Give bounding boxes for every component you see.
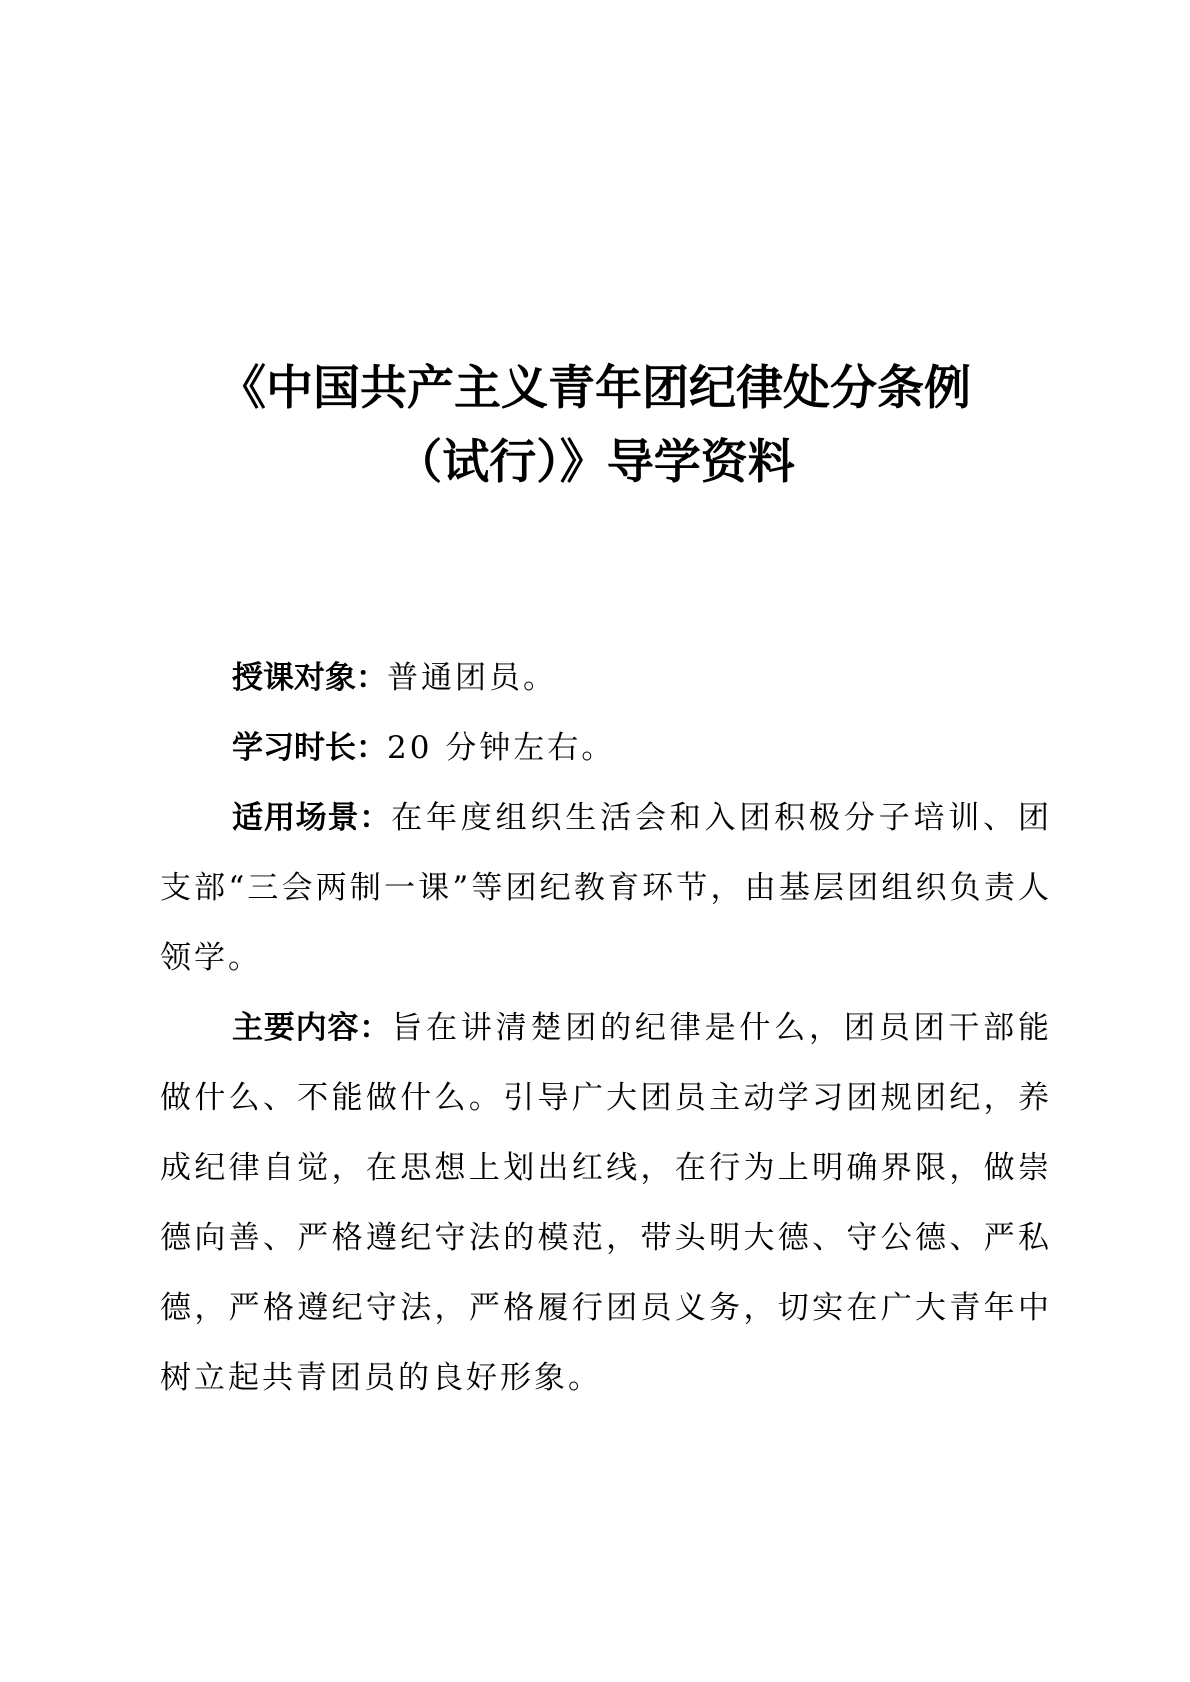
- title-line-2: （试行）》导学资料: [0, 426, 1190, 500]
- section-text: 20 分钟左右。: [387, 730, 615, 766]
- section-label: 适用场景：: [232, 800, 391, 836]
- section-scenario: 适用场景：在年度组织生活会和入团积极分子培训、团支部“三会两制一课”等团纪教育环…: [160, 783, 1052, 993]
- section-duration: 学习时长：20 分钟左右。: [160, 713, 1052, 783]
- title-line-1: 《中国共产主义青年团纪律处分条例: [0, 352, 1190, 426]
- section-label: 主要内容：: [232, 1010, 391, 1046]
- section-audience: 授课对象：普通团员。: [160, 643, 1052, 713]
- document-body: 授课对象：普通团员。 学习时长：20 分钟左右。 适用场景：在年度组织生活会和入…: [160, 643, 1052, 1413]
- section-text: 普通团员。: [387, 660, 557, 696]
- document-title: 《中国共产主义青年团纪律处分条例 （试行）》导学资料: [0, 352, 1190, 500]
- section-content: 主要内容：旨在讲清楚团的纪律是什么，团员团干部能做什么、不能做什么。引导广大团员…: [160, 993, 1052, 1413]
- section-label: 学习时长：: [232, 730, 387, 766]
- section-label: 授课对象：: [232, 660, 387, 696]
- section-text: 旨在讲清楚团的纪律是什么，团员团干部能做什么、不能做什么。引导广大团员主动学习团…: [160, 1010, 1052, 1396]
- document-page: 《中国共产主义青年团纪律处分条例 （试行）》导学资料 授课对象：普通团员。 学习…: [0, 0, 1190, 1682]
